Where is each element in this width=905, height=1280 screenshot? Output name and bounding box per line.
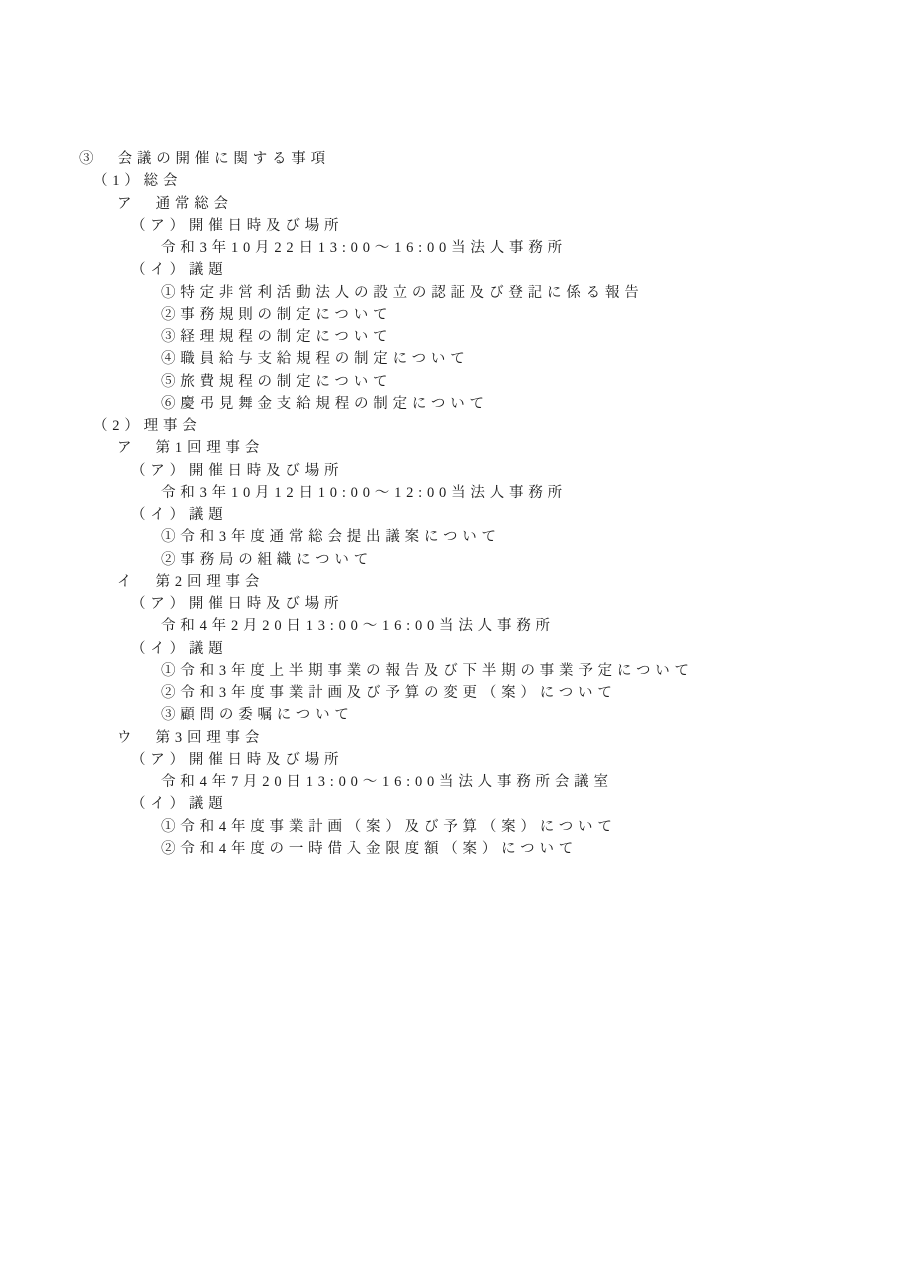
field-label: （イ）議題 — [131, 638, 905, 660]
agenda-item: ①令和3年度上半期事業の報告及び下半期の事業予定について — [161, 660, 905, 682]
field-label: （ア）開催日時及び場所 — [131, 460, 905, 482]
field-label: （ア）開催日時及び場所 — [131, 593, 905, 615]
agenda-item: ⑤旅費規程の制定について — [161, 371, 905, 393]
meeting-datetime: 令和3年10月22日13:00～16:00当法人事務所 — [161, 237, 905, 259]
subsection-heading: （1）総会 — [93, 170, 905, 192]
field-label: （イ）議題 — [131, 793, 905, 815]
agenda-item: ②事務局の組織について — [161, 549, 905, 571]
field-label: （ア）開催日時及び場所 — [131, 749, 905, 771]
agenda-item: ②令和3年度事業計画及び予算の変更（案）について — [161, 682, 905, 704]
meeting-datetime: 令和4年2月20日13:00～16:00当法人事務所 — [161, 615, 905, 637]
document-body: ③ 会議の開催に関する事項 （1）総会 ア 通常総会 （ア）開催日時及び場所 令… — [0, 148, 905, 860]
agenda-item: ③経理規程の制定について — [161, 326, 905, 348]
document-page: ③ 会議の開催に関する事項 （1）総会 ア 通常総会 （ア）開催日時及び場所 令… — [0, 0, 905, 1280]
meeting-heading: ウ 第3回理事会 — [117, 727, 905, 749]
agenda-item: ①特定非営利活動法人の設立の認証及び登記に係る報告 — [161, 282, 905, 304]
agenda-item: ③顧問の委嘱について — [161, 704, 905, 726]
agenda-item: ④職員給与支給規程の制定について — [161, 348, 905, 370]
agenda-item: ⑥慶弔見舞金支給規程の制定について — [161, 393, 905, 415]
meeting-heading: イ 第2回理事会 — [117, 571, 905, 593]
agenda-item: ②令和4年度の一時借入金限度額（案）について — [161, 838, 905, 860]
agenda-item: ①令和4年度事業計画（案）及び予算（案）について — [161, 816, 905, 838]
meeting-heading: ア 第1回理事会 — [117, 437, 905, 459]
field-label: （ア）開催日時及び場所 — [131, 215, 905, 237]
meeting-heading: ア 通常総会 — [117, 193, 905, 215]
agenda-item: ②事務規則の制定について — [161, 304, 905, 326]
agenda-item: ①令和3年度通常総会提出議案について — [161, 526, 905, 548]
field-label: （イ）議題 — [131, 259, 905, 281]
subsection-heading: （2）理事会 — [93, 415, 905, 437]
meeting-datetime: 令和3年10月12日10:00～12:00当法人事務所 — [161, 482, 905, 504]
section-heading: ③ 会議の開催に関する事項 — [79, 148, 905, 170]
meeting-datetime: 令和4年7月20日13:00～16:00当法人事務所会議室 — [161, 771, 905, 793]
field-label: （イ）議題 — [131, 504, 905, 526]
